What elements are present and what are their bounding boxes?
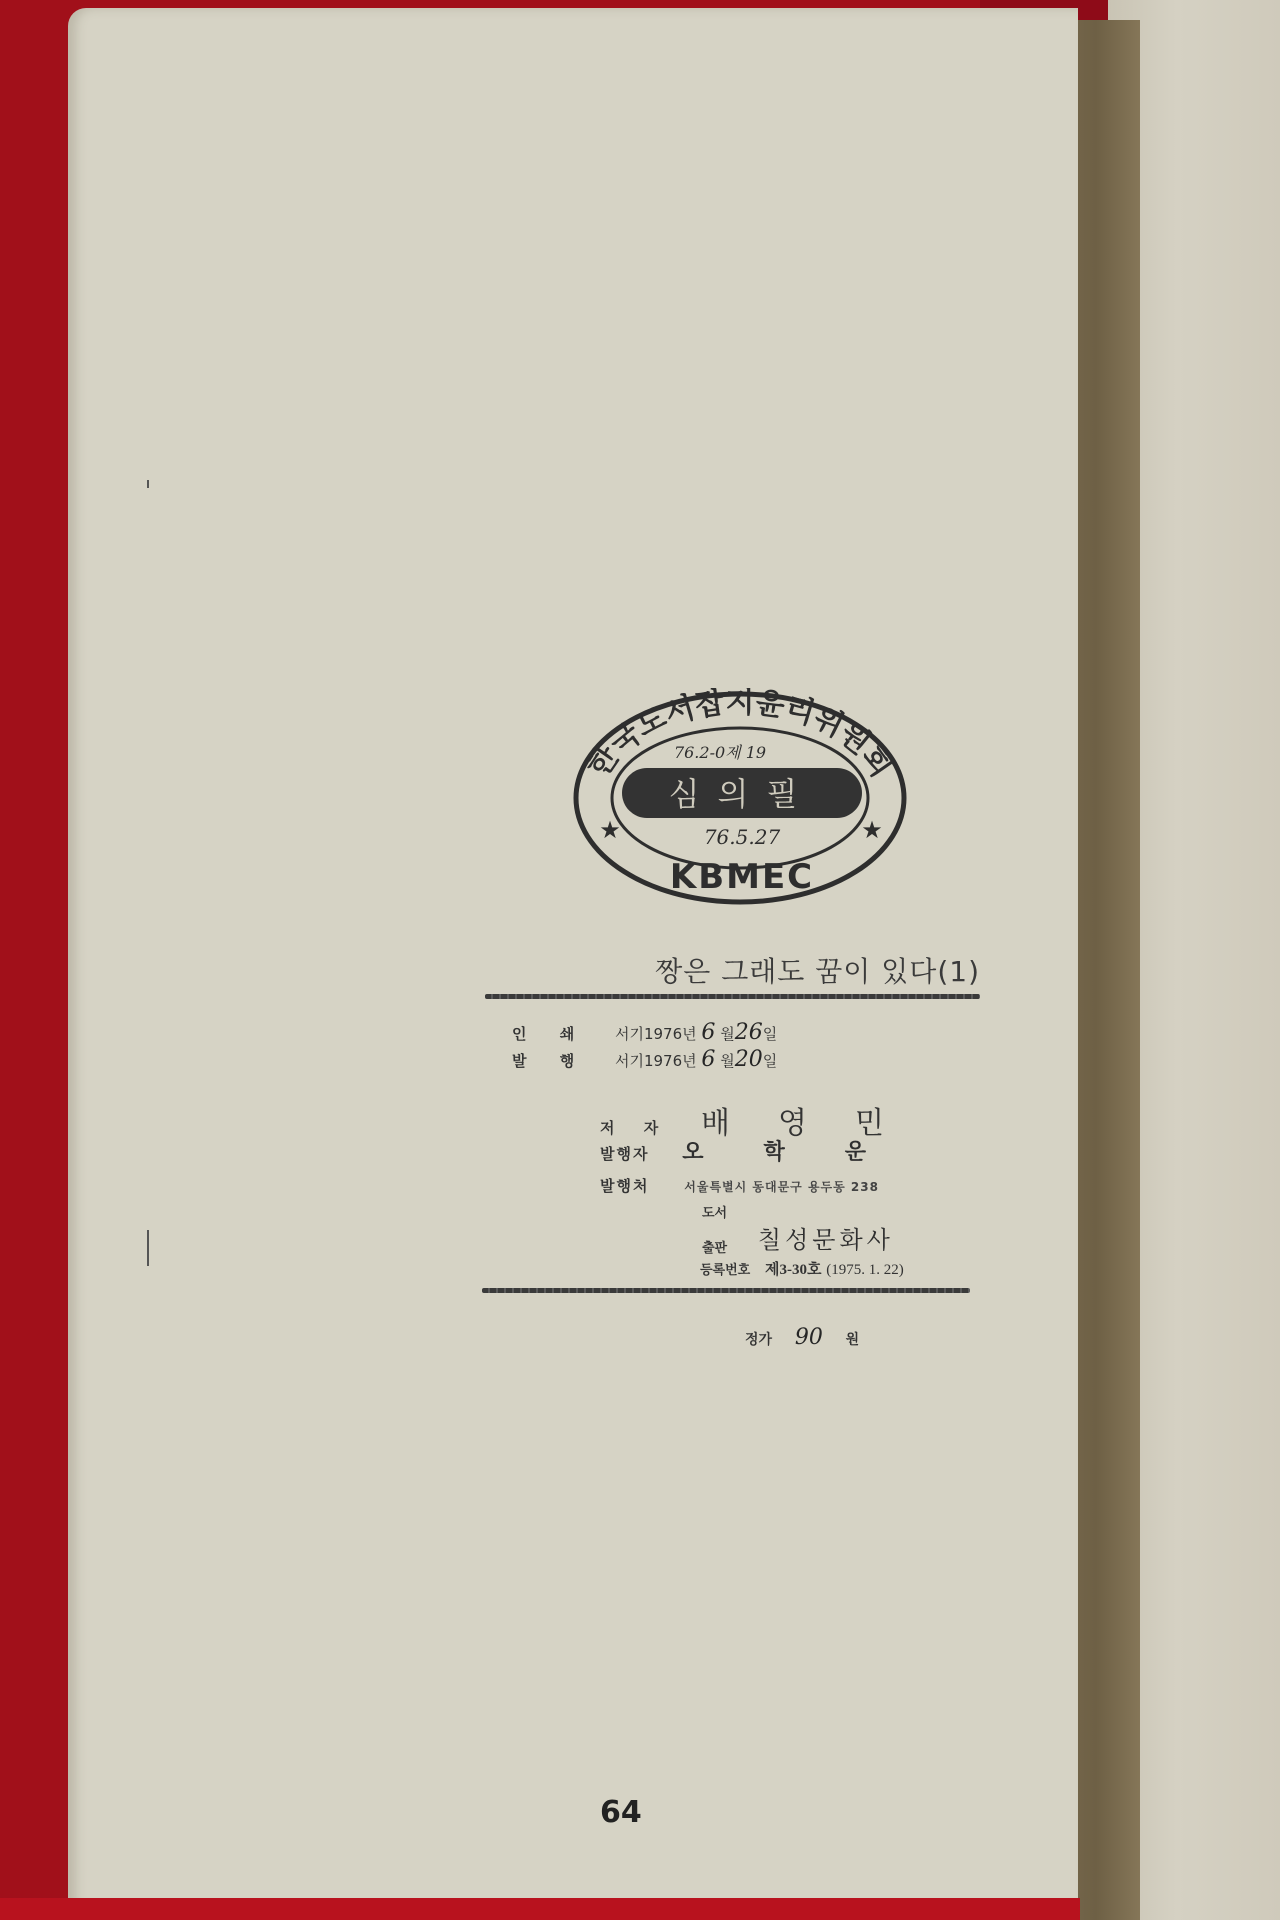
book-title: 짱은 그래도 꿈이 있다(1) (640, 950, 980, 990)
registration-date: (1975. 1. 22) (826, 1262, 904, 1278)
price-unit: 원 (846, 1332, 860, 1348)
page-number: 64 (600, 1795, 642, 1830)
registration-label: 등록번호 (700, 1263, 750, 1278)
page-edge-mark (147, 1230, 149, 1266)
publisher-row: 발행자 오학운 (600, 1135, 926, 1166)
office-address: 서울특별시 동대문구 용두동 238 (684, 1180, 879, 1194)
stamp-bottom-text: KBMEC (670, 857, 814, 897)
publish-day: 20 (735, 1047, 763, 1072)
print-month: 6 (701, 1020, 715, 1045)
star-icon: ★ (599, 816, 621, 844)
star-icon: ★ (861, 816, 883, 844)
stamp-center-label: 심의필 (669, 775, 816, 813)
publish-day-unit: 일 (763, 1052, 778, 1070)
review-approval-stamp: 한국도서잡지윤리위원회 76.2-0제 19 심의필 76.5.27 ★ ★ K… (570, 688, 910, 906)
print-date-prefix: 서기1976년 (615, 1025, 697, 1043)
office-label: 발행처 (600, 1177, 649, 1195)
print-date-row: 인 쇄 서기1976년 6 월26일 (512, 1020, 777, 1045)
publish-month: 6 (701, 1047, 715, 1072)
publisher-name: 오학운 (682, 1140, 926, 1165)
imprint-prefix-top: 도서 (702, 1202, 727, 1221)
price-label: 정가 (745, 1332, 772, 1348)
background-cloth-bottom (0, 1898, 1080, 1920)
imprint-row: 출판 칠성문화사 (702, 1224, 894, 1259)
registration-row: 등록번호 제3-30호 (1975. 1. 22) (700, 1258, 904, 1279)
price-row: 정가 90 원 (745, 1325, 859, 1350)
publish-label: 발 행 (512, 1052, 588, 1070)
publish-month-unit: 월 (720, 1052, 735, 1070)
publisher-label: 발행자 (600, 1145, 649, 1163)
office-row: 발행처 서울특별시 동대문구 용두동 238 (600, 1175, 879, 1196)
print-label: 인 쇄 (512, 1025, 588, 1043)
imprint-name: 칠성문화사 (758, 1226, 894, 1254)
divider-bottom (482, 1288, 970, 1293)
registration-number: 제3-30호 (765, 1262, 821, 1278)
stamp-date: 76.5.27 (704, 825, 781, 849)
imprint-prefix-bottom: 출판 (702, 1241, 727, 1256)
page-edge-mark (147, 480, 149, 488)
price-amount: 90 (795, 1325, 823, 1350)
publish-date-row: 발 행 서기1976년 6 월20일 (512, 1047, 777, 1072)
publish-date-prefix: 서기1976년 (615, 1052, 697, 1070)
divider-top (485, 994, 980, 999)
print-month-unit: 월 (720, 1025, 735, 1043)
print-day-unit: 일 (763, 1025, 778, 1043)
stamp-serial: 76.2-0제 19 (674, 743, 766, 762)
print-day: 26 (735, 1020, 763, 1045)
